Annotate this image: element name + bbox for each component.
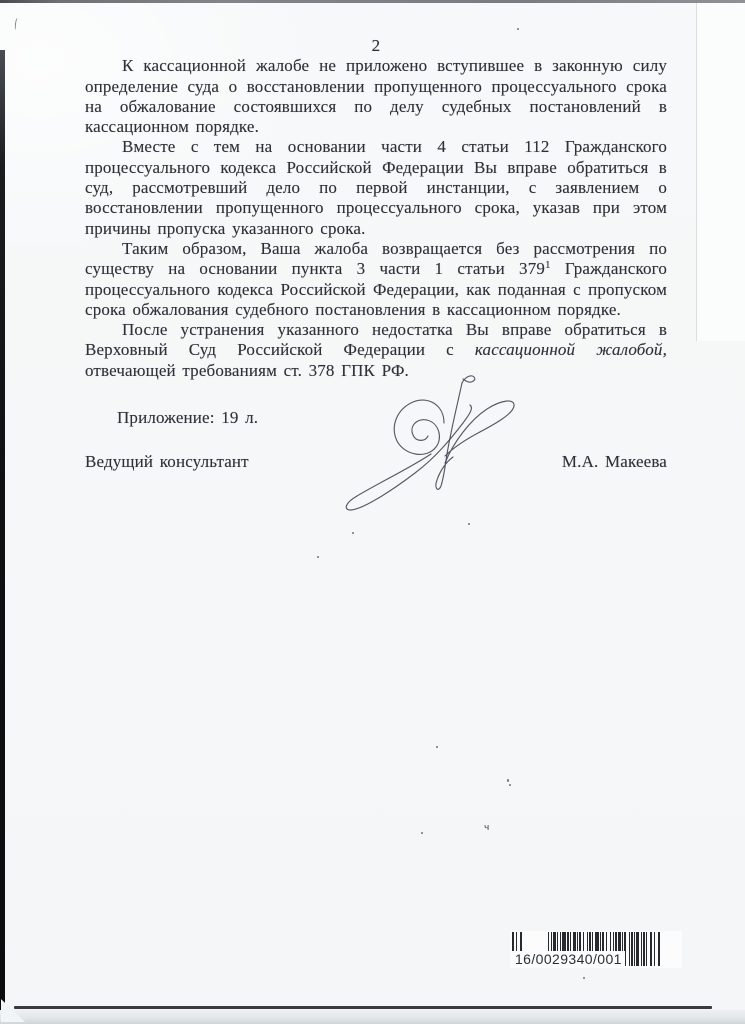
scan-speck	[468, 523, 470, 525]
scan-speck	[436, 746, 438, 748]
scan-speck	[421, 832, 423, 834]
page-number: 2	[85, 36, 667, 56]
scan-speck	[352, 532, 354, 534]
signer-name: М.А. Макеева	[562, 452, 667, 472]
paragraph: К кассационной жалобе не приложено вступ…	[85, 56, 667, 137]
barcode-label: 16/0029340/001	[512, 951, 625, 967]
paragraph: Вместе с тем на основании части 4 статьи…	[85, 137, 667, 238]
paper-bottom-edge-line	[14, 1006, 712, 1009]
scan-speck	[317, 556, 319, 558]
scan-speck	[583, 977, 585, 979]
scan-artifact-mark: ч	[484, 824, 488, 832]
scan-speck	[517, 28, 519, 30]
scan-speck	[507, 779, 509, 782]
scanned-page: 2 К кассационной жалобе не приложено вст…	[0, 0, 745, 1024]
scan-speck	[509, 784, 511, 786]
scan-artifact-hook	[14, 18, 21, 31]
scanner-bottom-band	[0, 1010, 745, 1024]
paragraph: Таким образом, Ваша жалоба возвращается …	[85, 239, 667, 320]
signer-position-title: Ведущий консультант	[85, 452, 249, 472]
barcode: 16/0029340/001	[510, 931, 682, 968]
handwritten-signature	[335, 368, 535, 528]
document-paragraphs: К кассационной жалобе не приложено вступ…	[85, 56, 667, 381]
scanner-top-edge	[0, 0, 745, 3]
paper-right-edge-shadow	[696, 3, 745, 341]
scanner-left-edge	[0, 50, 5, 1024]
